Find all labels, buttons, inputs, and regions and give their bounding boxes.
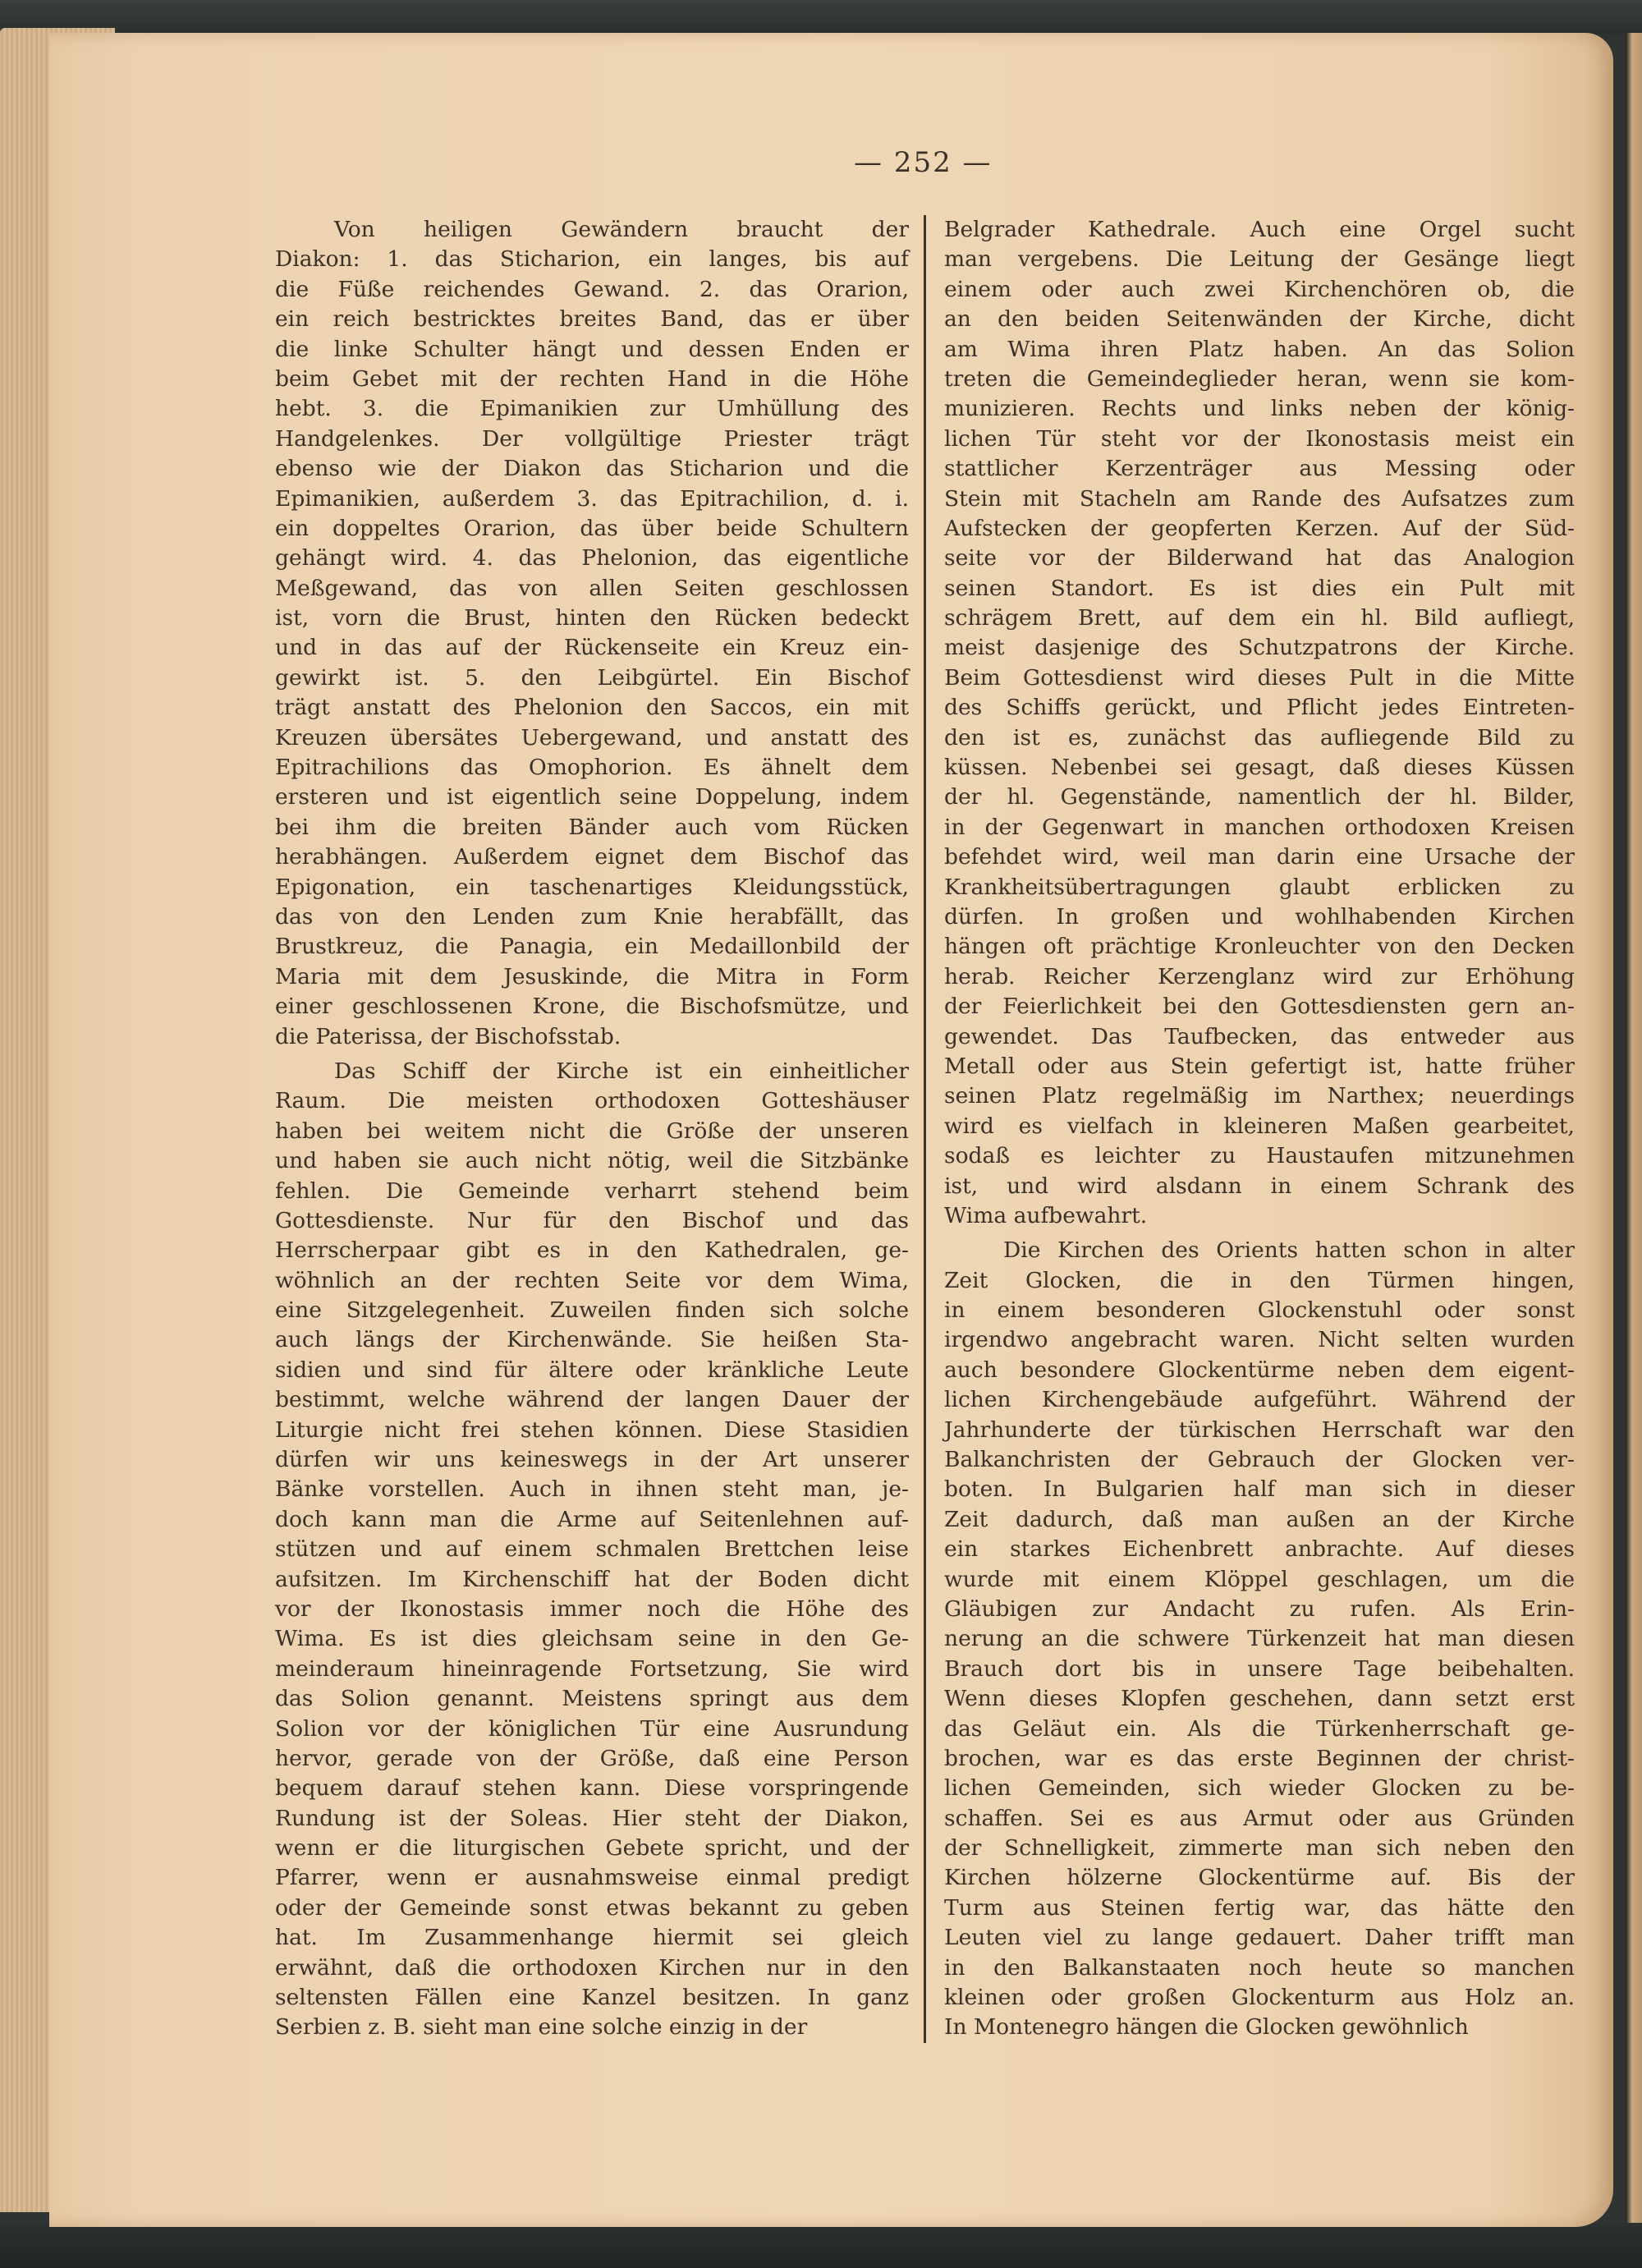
text-line: der Feierlichkeit bei den Gottesdiensten… bbox=[944, 992, 1575, 1022]
text-line: eine Sitzgelegenheit. Zuweilen finden si… bbox=[275, 1296, 909, 1325]
text-line: schrägem Brett, auf dem ein hl. Bild auf… bbox=[944, 604, 1575, 633]
text-line: das von den Lenden zum Knie herabfällt, … bbox=[275, 902, 909, 932]
text-line: Wima. Es ist dies gleichsam seine in den… bbox=[275, 1624, 909, 1654]
text-line: herab. Reicher Kerzenglanz wird zur Erhö… bbox=[944, 962, 1575, 992]
text-line: kleinen oder großen Glockenturm aus Holz… bbox=[944, 1983, 1575, 2013]
text-line: Handgelenkes. Der vollgültige Priester t… bbox=[275, 425, 909, 454]
text-line: ein doppeltes Orarion, das über beide Sc… bbox=[275, 514, 909, 544]
text-line: in den Balkanstaaten noch heute so manch… bbox=[944, 1954, 1575, 1983]
text-line: seinen Platz regelmäßig im Narthex; neue… bbox=[944, 1081, 1575, 1111]
text-line: Aufstecken der geopferten Kerzen. Auf de… bbox=[944, 514, 1575, 544]
text-line: bequem darauf stehen kann. Diese vorspri… bbox=[275, 1774, 909, 1803]
text-line: Jahrhunderte der türkischen Herrschaft w… bbox=[944, 1416, 1575, 1445]
text-line: Meßgewand, das von allen Seiten geschlos… bbox=[275, 574, 909, 604]
left-text-column: Von heiligen Gewändern braucht derDiakon… bbox=[275, 215, 909, 2043]
text-line: nerung an die schwere Türkenzeit hat man… bbox=[944, 1624, 1575, 1654]
text-line: boten. In Bulgarien half man sich in die… bbox=[944, 1475, 1575, 1504]
text-line: erwähnt, daß die orthodoxen Kirchen nur … bbox=[275, 1954, 909, 1983]
text-line: Balkanchristen der Gebrauch der Glocken … bbox=[944, 1445, 1575, 1475]
text-line: wenn er die liturgischen Gebete spricht,… bbox=[275, 1834, 909, 1863]
text-line: ebenso wie der Diakon das Sticharion und… bbox=[275, 454, 909, 484]
text-line: ein starkes Eichenbrett anbrachte. Auf d… bbox=[944, 1535, 1575, 1564]
text-line: des Schiffs gerückt, und Pflicht jedes E… bbox=[944, 693, 1575, 723]
text-line: Herrscherpaar gibt es in den Kathedralen… bbox=[275, 1236, 909, 1265]
book-cover-bottom bbox=[0, 2223, 1642, 2268]
text-line: küssen. Nebenbei sei gesagt, daß dieses … bbox=[944, 753, 1575, 783]
text-line: Krankheitsübertragungen glaubt erblicken… bbox=[944, 873, 1575, 902]
text-line: ein reich bestricktes breites Band, das … bbox=[275, 305, 909, 334]
text-line: Rundung ist der Soleas. Hier steht der D… bbox=[275, 1804, 909, 1834]
text-line: Turm aus Steinen fertig war, das hätte d… bbox=[944, 1894, 1575, 1923]
text-line: munizieren. Rechts und links neben der k… bbox=[944, 394, 1575, 424]
text-line: Gläubigen zur Andacht zu rufen. Als Erin… bbox=[944, 1595, 1575, 1624]
text-line: haben bei weitem nicht die Größe der uns… bbox=[275, 1117, 909, 1146]
text-line: oder der Gemeinde sonst etwas bekannt zu… bbox=[275, 1894, 909, 1923]
text-line: in der Gegenwart in manchen orthodoxen K… bbox=[944, 813, 1575, 842]
text-line: Brauch dort bis in unsere Tage beibehalt… bbox=[944, 1655, 1575, 1684]
text-line: wurde mit einem Klöppel geschlagen, um d… bbox=[944, 1565, 1575, 1595]
text-line: auch besondere Glockentürme neben dem ei… bbox=[944, 1356, 1575, 1385]
text-line: die Füße reichendes Gewand. 2. das Orari… bbox=[275, 275, 909, 305]
text-line: Zeit Glocken, die in den Türmen hingen, bbox=[944, 1266, 1575, 1296]
text-line: Liturgie nicht frei stehen können. Diese… bbox=[275, 1416, 909, 1445]
text-line: brochen, war es das erste Beginnen der c… bbox=[944, 1744, 1575, 1774]
text-line: Das Schiff der Kirche ist ein einheitlic… bbox=[275, 1057, 909, 1086]
text-line: Epigonation, ein taschenartiges Kleidung… bbox=[275, 873, 909, 902]
text-line: Metall oder aus Stein gefertigt ist, hat… bbox=[944, 1052, 1575, 1081]
text-line: das Solion genannt. Meistens springt aus… bbox=[275, 1684, 909, 1714]
text-line: gewendet. Das Taufbecken, das entweder a… bbox=[944, 1022, 1575, 1052]
text-line: die linke Schulter hängt und dessen Ende… bbox=[275, 335, 909, 365]
text-line: wöhnlich an der rechten Seite vor dem Wi… bbox=[275, 1266, 909, 1296]
text-line: Gottesdienste. Nur für den Bischof und d… bbox=[275, 1206, 909, 1236]
text-line: und in das auf der Rückenseite ein Kreuz… bbox=[275, 633, 909, 663]
text-line: seltensten Fällen eine Kanzel besitzen. … bbox=[275, 1983, 909, 2013]
text-line: Epitrachilions das Omophorion. Es ähnelt… bbox=[275, 753, 909, 783]
text-line: Wenn dieses Klopfen geschehen, dann setz… bbox=[944, 1684, 1575, 1714]
text-line: lichen Kirchengebäude aufgeführt. Währen… bbox=[944, 1385, 1575, 1415]
text-line: irgendwo angebracht waren. Nicht selten … bbox=[944, 1325, 1575, 1355]
text-line: Die Kirchen des Orients hatten schon in … bbox=[944, 1236, 1575, 1265]
text-line: Belgrader Kathedrale. Auch eine Orgel su… bbox=[944, 215, 1575, 245]
text-line: doch kann man die Arme auf Seitenlehnen … bbox=[275, 1505, 909, 1535]
text-line: bei ihm die breiten Bänder auch vom Rück… bbox=[275, 813, 909, 842]
text-line: an den beiden Seitenwänden der Kirche, d… bbox=[944, 305, 1575, 334]
text-line: einer geschlossenen Krone, die Bischofsm… bbox=[275, 992, 909, 1022]
column-divider bbox=[924, 215, 926, 2043]
text-line: ist, und wird alsdann in einem Schrank d… bbox=[944, 1172, 1575, 1201]
text-line: der Schnelligkeit, zimmerte man sich neb… bbox=[944, 1834, 1575, 1863]
text-line: seinen Standort. Es ist dies ein Pult mi… bbox=[944, 574, 1575, 604]
text-line: Leuten viel zu lange gedauert. Daher tri… bbox=[944, 1923, 1575, 1953]
text-line: gehängt wird. 4. das Phelonion, das eige… bbox=[275, 544, 909, 573]
text-line: trägt anstatt des Phelonion den Saccos, … bbox=[275, 693, 909, 723]
text-line: auch längs der Kirchenwände. Sie heißen … bbox=[275, 1325, 909, 1355]
text-line: Stein mit Stacheln am Rande des Aufsatze… bbox=[944, 484, 1575, 514]
text-line: das Geläut ein. Als die Türkenherrschaft… bbox=[944, 1715, 1575, 1744]
paragraph: Belgrader Kathedrale. Auch eine Orgel su… bbox=[944, 215, 1575, 1231]
text-line: wird es vielfach in kleineren Maßen gear… bbox=[944, 1112, 1575, 1141]
text-line: dürfen wir uns keineswegs in der Art uns… bbox=[275, 1445, 909, 1475]
text-line: Kreuzen übersätes Uebergewand, und ansta… bbox=[275, 723, 909, 753]
text-line: Maria mit dem Jesuskinde, die Mitra in F… bbox=[275, 962, 909, 992]
text-line: meinderaum hineinragende Fortsetzung, Si… bbox=[275, 1655, 909, 1684]
facing-page-edge bbox=[1626, 33, 1642, 2234]
text-line: ersteren und ist eigentlich seine Doppel… bbox=[275, 783, 909, 812]
text-line: Solion vor der königlichen Tür eine Ausr… bbox=[275, 1715, 909, 1744]
paragraph: Von heiligen Gewändern braucht derDiakon… bbox=[275, 215, 909, 1052]
text-line: man vergebens. Die Leitung der Gesänge l… bbox=[944, 245, 1575, 274]
paragraph: Die Kirchen des Orients hatten schon in … bbox=[944, 1236, 1575, 2043]
text-line: sidien und sind für ältere oder kränklic… bbox=[275, 1356, 909, 1385]
text-line: Bänke vorstellen. Auch in ihnen steht ma… bbox=[275, 1475, 909, 1504]
text-line: treten die Gemeindeglieder heran, wenn s… bbox=[944, 365, 1575, 394]
text-line: schaffen. Sei es aus Armut oder aus Grün… bbox=[944, 1804, 1575, 1834]
text-line: vor der Ikonostasis immer noch die Höhe … bbox=[275, 1595, 909, 1624]
text-line: lichen Tür steht vor der Ikonostasis mei… bbox=[944, 425, 1575, 454]
text-line: Epimanikien, außerdem 3. das Epitrachili… bbox=[275, 484, 909, 514]
text-line: Wima aufbewahrt. bbox=[944, 1201, 1575, 1231]
text-line: am Wima ihren Platz haben. An das Solion bbox=[944, 335, 1575, 365]
text-line: in einem besonderen Glockenstuhl oder so… bbox=[944, 1296, 1575, 1325]
text-line: ist, vorn die Brust, hinten den Rücken b… bbox=[275, 604, 909, 633]
text-line: Raum. Die meisten orthodoxen Gotteshäuse… bbox=[275, 1086, 909, 1116]
book-cover-top bbox=[0, 0, 1642, 34]
text-line: herabhängen. Außerdem eignet dem Bischof… bbox=[275, 842, 909, 872]
text-line: Beim Gottesdienst wird dieses Pult in di… bbox=[944, 663, 1575, 693]
text-line: beim Gebet mit der rechten Hand in die H… bbox=[275, 365, 909, 394]
text-line: Diakon: 1. das Sticharion, ein langes, b… bbox=[275, 245, 909, 274]
text-line: und haben sie auch nicht nötig, weil die… bbox=[275, 1146, 909, 1176]
text-line: einem oder auch zwei Kirchenchören ob, d… bbox=[944, 275, 1575, 305]
text-line: sodaß es leichter zu Haustaufen mitzuneh… bbox=[944, 1141, 1575, 1171]
text-line: meist dasjenige des Schutzpatrons der Ki… bbox=[944, 633, 1575, 663]
text-line: gewirkt ist. 5. den Leibgürtel. Ein Bisc… bbox=[275, 663, 909, 693]
text-line: aufsitzen. Im Kirchenschiff hat der Bode… bbox=[275, 1565, 909, 1595]
text-line: In Montenegro hängen die Glocken gewöhnl… bbox=[944, 2013, 1575, 2042]
text-line: hebt. 3. die Epimanikien zur Umhüllung d… bbox=[275, 394, 909, 424]
text-line: stattlicher Kerzenträger aus Messing ode… bbox=[944, 454, 1575, 484]
text-line: Kirchen hölzerne Glockentürme auf. Bis d… bbox=[944, 1863, 1575, 1893]
text-line: der hl. Gegenstände, namentlich der hl. … bbox=[944, 783, 1575, 812]
paragraph: Das Schiff der Kirche ist ein einheitlic… bbox=[275, 1057, 909, 2043]
text-line: dürfen. In großen und wohlhabenden Kirch… bbox=[944, 902, 1575, 932]
text-line: die Paterissa, der Bischofsstab. bbox=[275, 1022, 909, 1052]
text-line: Brustkreuz, die Panagia, ein Medaillonbi… bbox=[275, 932, 909, 962]
text-line: Zeit dadurch, daß man außen an der Kirch… bbox=[944, 1505, 1575, 1535]
text-line: Von heiligen Gewändern braucht der bbox=[275, 215, 909, 245]
text-line: Pfarrer, wenn er ausnahmsweise einmal pr… bbox=[275, 1863, 909, 1893]
text-line: den ist es, zunächst das aufliegende Bil… bbox=[944, 723, 1575, 753]
text-line: lichen Gemeinden, sich wieder Glocken zu… bbox=[944, 1774, 1575, 1803]
page-number: — 252 — bbox=[854, 146, 993, 179]
text-line: hat. Im Zusammenhange hiermit sei gleich bbox=[275, 1923, 909, 1953]
text-line: seite vor der Bilderwand hat das Analogi… bbox=[944, 544, 1575, 573]
right-text-column: Belgrader Kathedrale. Auch eine Orgel su… bbox=[944, 215, 1575, 2043]
text-line: stützen und auf einem schmalen Brettchen… bbox=[275, 1535, 909, 1564]
text-line: bestimmt, welche während der langen Daue… bbox=[275, 1385, 909, 1415]
text-line: Serbien z. B. sieht man eine solche einz… bbox=[275, 2013, 909, 2042]
text-line: hervor, gerade von der Größe, daß eine P… bbox=[275, 1744, 909, 1774]
text-line: hängen oft prächtige Kronleuchter von de… bbox=[944, 932, 1575, 962]
text-line: fehlen. Die Gemeinde verharrt stehend be… bbox=[275, 1177, 909, 1206]
text-line: befehdet wird, weil man darin eine Ursac… bbox=[944, 842, 1575, 872]
